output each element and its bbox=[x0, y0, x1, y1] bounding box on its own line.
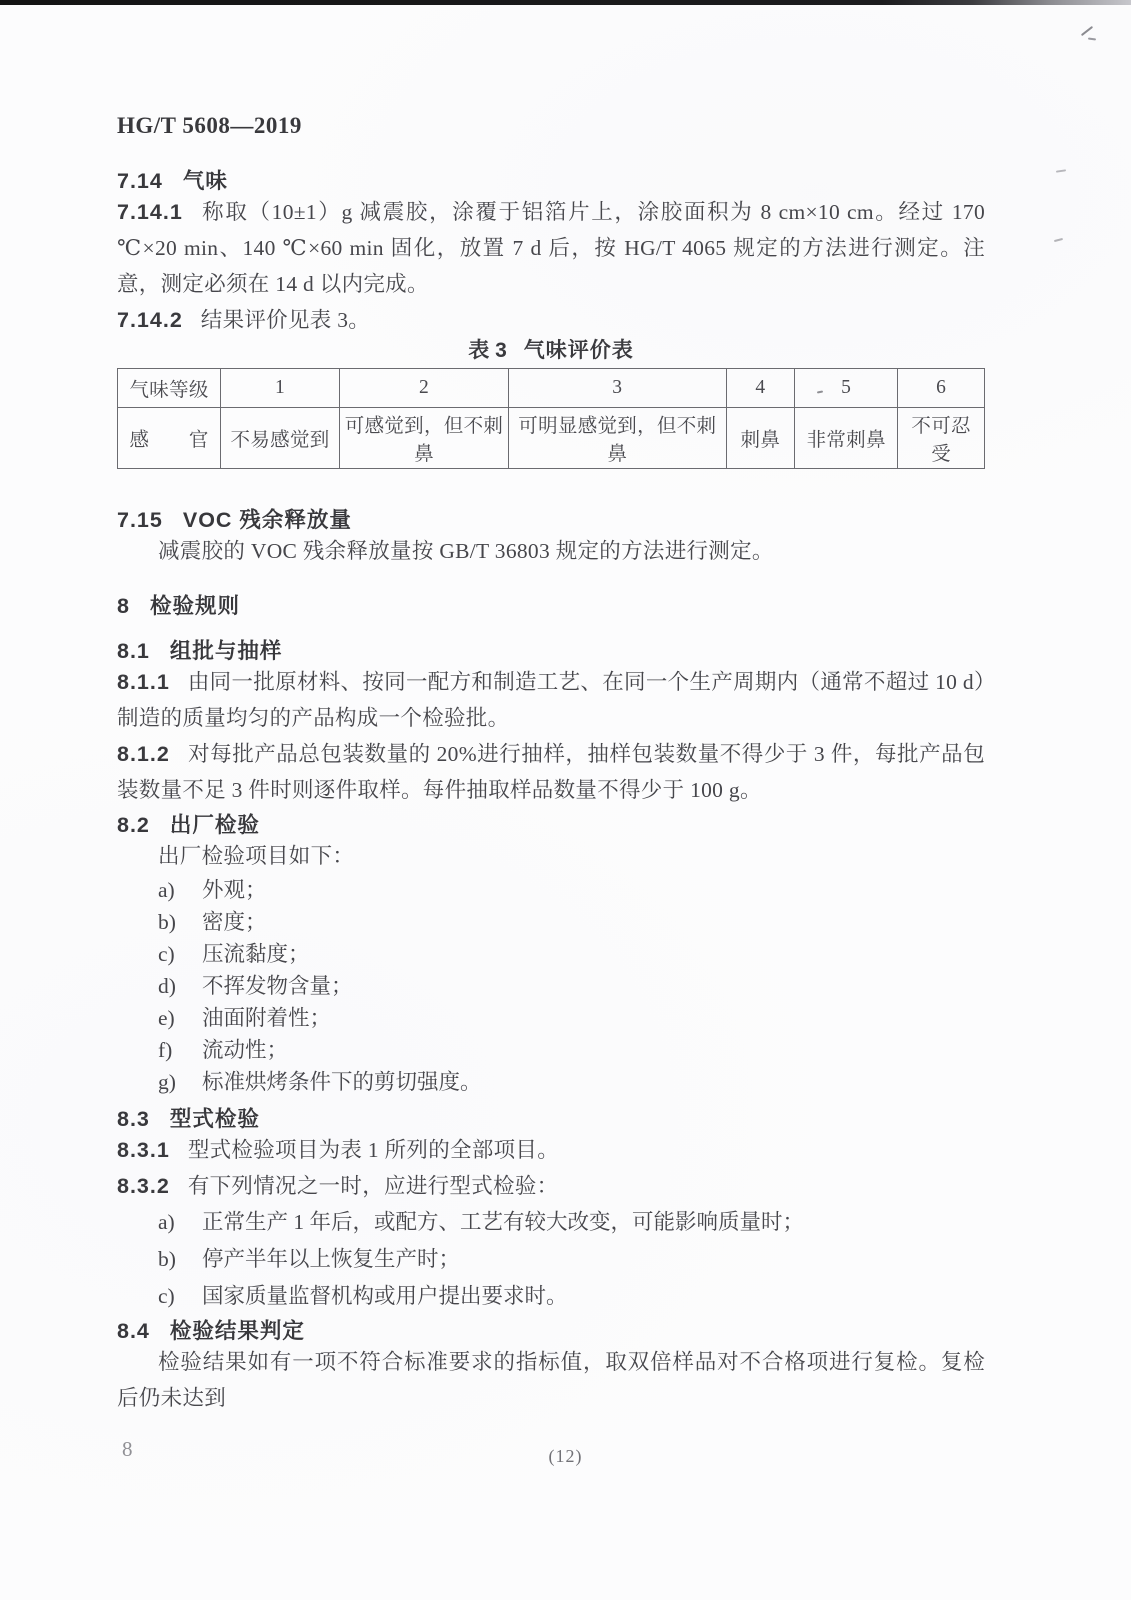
table-cell: 2 bbox=[339, 369, 508, 408]
scan-edge-top bbox=[0, 0, 1131, 5]
scanned-page: HG/T 5608—2019 7.14 气味 7.14.1称取（10±1）g 减… bbox=[0, 0, 1131, 1600]
list-marker: a) bbox=[158, 874, 202, 906]
clause-number: 8.3.2 bbox=[117, 1174, 170, 1198]
paragraph-8-3-1: 8.3.1型式检验项目为表 1 所列的全部项目。 bbox=[117, 1132, 985, 1168]
list-marker: c) bbox=[158, 1278, 202, 1315]
table-3-caption: 表 3 气味评价表 bbox=[117, 338, 985, 364]
clause-number: 8.1.2 bbox=[117, 742, 170, 766]
clause-number: 8.1.1 bbox=[117, 670, 170, 694]
list-marker: g) bbox=[158, 1066, 202, 1098]
clause-text: 型式检验项目为表 1 所列的全部项目。 bbox=[188, 1138, 559, 1162]
list-item: a)正常生产 1 年后，或配方、工艺有较大改变，可能影响质量时； bbox=[158, 1204, 985, 1241]
table-cell: 4 bbox=[726, 369, 794, 408]
table-cell: 不易感觉到 bbox=[221, 408, 340, 469]
list-text: 停产半年以上恢复生产时； bbox=[202, 1247, 460, 1271]
clause-text: 出厂检验项目如下： bbox=[158, 844, 354, 868]
heading-8: 8 检验规则 bbox=[117, 593, 985, 619]
paragraph-8-1-1: 8.1.1由同一批原材料、按同一配方和制造工艺、在同一个生产周期内（通常不超过 … bbox=[117, 664, 985, 736]
heading-title: 型式检验 bbox=[170, 1106, 260, 1132]
list-marker: f) bbox=[158, 1034, 202, 1066]
list-item: b)密度； bbox=[158, 906, 985, 938]
table-cell: 气味等级 bbox=[118, 369, 221, 408]
paragraph-8-4: 检验结果如有一项不符合标准要求的指标值，取双倍样品对不合格项进行复检。复检后仍未… bbox=[117, 1344, 985, 1416]
list-marker: b) bbox=[158, 906, 202, 938]
list-marker: e) bbox=[158, 1002, 202, 1034]
list-item: b)停产半年以上恢复生产时； bbox=[158, 1241, 985, 1278]
clause-text: 对每批产品总包装数量的 20%进行抽样，抽样包装数量不得少于 3 件，每批产品包… bbox=[117, 742, 985, 802]
list-marker: a) bbox=[158, 1204, 202, 1241]
table-row: 感 官 不易感觉到 可感觉到，但不刺鼻 可明显感觉到，但不刺鼻 刺鼻 非常刺鼻 … bbox=[118, 408, 985, 469]
list-item: d)不挥发物含量； bbox=[158, 970, 985, 1002]
heading-number: 8.2 bbox=[117, 812, 150, 838]
list-text: 不挥发物含量； bbox=[202, 974, 353, 998]
standard-number: HG/T 5608—2019 bbox=[117, 113, 985, 139]
clause-text: 称取（10±1）g 减震胶，涂覆于铝箔片上，涂胶面积为 8 cm×10 cm。经… bbox=[117, 200, 985, 296]
clause-number: 7.14.2 bbox=[117, 308, 183, 332]
heading-number: 8 bbox=[117, 593, 130, 619]
list-text: 标准烘烤条件下的剪切强度。 bbox=[202, 1070, 482, 1094]
page-content: HG/T 5608—2019 7.14 气味 7.14.1称取（10±1）g 减… bbox=[0, 0, 1131, 1416]
heading-title: 组批与抽样 bbox=[170, 638, 283, 664]
sheet-number: (12) bbox=[0, 1446, 1131, 1467]
table-row: 气味等级 1 2 3 4 5 6 bbox=[118, 369, 985, 408]
table-cell: 可明显感觉到，但不刺鼻 bbox=[509, 408, 727, 469]
heading-number: 7.15 bbox=[117, 507, 163, 533]
odor-rating-table: 气味等级 1 2 3 4 5 6 感 官 不易感觉到 可感觉到，但不刺鼻 可明显… bbox=[117, 368, 985, 469]
list-text: 国家质量监督机构或用户提出要求时。 bbox=[202, 1284, 568, 1308]
list-text: 油面附着性； bbox=[202, 1006, 331, 1030]
list-marker: c) bbox=[158, 938, 202, 970]
heading-7-14: 7.14 气味 bbox=[117, 168, 985, 194]
clause-number: 7.14.1 bbox=[117, 200, 183, 224]
list-marker: b) bbox=[158, 1241, 202, 1278]
paragraph-8-2-intro: 出厂检验项目如下： bbox=[117, 838, 985, 874]
clause-text: 结果评价见表 3。 bbox=[201, 308, 370, 332]
clause-text: 由同一批原材料、按同一配方和制造工艺、在同一个生产周期内（通常不超过 10 d）… bbox=[117, 670, 985, 730]
heading-8-1: 8.1 组批与抽样 bbox=[117, 638, 985, 664]
table-caption-title: 气味评价表 bbox=[524, 338, 634, 364]
clause-text: 减震胶的 VOC 残余释放量按 GB/T 36803 规定的方法进行测定。 bbox=[158, 539, 774, 563]
heading-title: 检验结果判定 bbox=[170, 1318, 305, 1344]
heading-number: 8.4 bbox=[117, 1318, 150, 1344]
heading-8-2: 8.2 出厂检验 bbox=[117, 812, 985, 838]
paragraph-7-14-1: 7.14.1称取（10±1）g 减震胶，涂覆于铝箔片上，涂胶面积为 8 cm×1… bbox=[117, 194, 985, 302]
clause-text: 有下列情况之一时，应进行型式检验： bbox=[188, 1174, 559, 1198]
list-text: 外观； bbox=[202, 878, 267, 902]
list-item: e)油面附着性； bbox=[158, 1002, 985, 1034]
heading-8-4: 8.4 检验结果判定 bbox=[117, 1318, 985, 1344]
clause-number: 8.3.1 bbox=[117, 1138, 170, 1162]
heading-title: 气味 bbox=[183, 168, 228, 194]
heading-title: 出厂检验 bbox=[170, 812, 260, 838]
paragraph-8-1-2: 8.1.2对每批产品总包装数量的 20%进行抽样，抽样包装数量不得少于 3 件，… bbox=[117, 736, 985, 808]
table-cell: 不可忍受 bbox=[898, 408, 985, 469]
table-cell: 刺鼻 bbox=[726, 408, 794, 469]
heading-8-3: 8.3 型式检验 bbox=[117, 1106, 985, 1132]
heading-7-15: 7.15 VOC 残余释放量 bbox=[117, 507, 985, 533]
paragraph-7-15: 减震胶的 VOC 残余释放量按 GB/T 36803 规定的方法进行测定。 bbox=[117, 533, 985, 569]
list-item: c)压流黏度； bbox=[158, 938, 985, 970]
list-text: 流动性； bbox=[202, 1038, 288, 1062]
list-item: f)流动性； bbox=[158, 1034, 985, 1066]
heading-number: 7.14 bbox=[117, 168, 163, 194]
factory-inspection-list: a)外观； b)密度； c)压流黏度； d)不挥发物含量； e)油面附着性； f… bbox=[117, 874, 985, 1098]
list-text: 压流黏度； bbox=[202, 942, 310, 966]
table-cell: 可感觉到，但不刺鼻 bbox=[339, 408, 508, 469]
table-cell: 5 bbox=[795, 369, 898, 408]
list-item: c)国家质量监督机构或用户提出要求时。 bbox=[158, 1278, 985, 1315]
type-inspection-conditions-list: a)正常生产 1 年后，或配方、工艺有较大改变，可能影响质量时； b)停产半年以… bbox=[117, 1204, 985, 1315]
heading-title: VOC 残余释放量 bbox=[183, 507, 352, 533]
table-cell: 6 bbox=[898, 369, 985, 408]
list-item: g)标准烘烤条件下的剪切强度。 bbox=[158, 1066, 985, 1098]
clause-text: 检验结果如有一项不符合标准要求的指标值，取双倍样品对不合格项进行复检。复检后仍未… bbox=[117, 1350, 985, 1410]
heading-number: 8.3 bbox=[117, 1106, 150, 1132]
heading-title: 检验规则 bbox=[150, 593, 240, 619]
list-marker: d) bbox=[158, 970, 202, 1002]
list-text: 密度； bbox=[202, 910, 267, 934]
list-item: a)外观； bbox=[158, 874, 985, 906]
table-cell: 非常刺鼻 bbox=[795, 408, 898, 469]
heading-number: 8.1 bbox=[117, 638, 150, 664]
table-cell: 1 bbox=[221, 369, 340, 408]
table-cell: 3 bbox=[509, 369, 727, 408]
paragraph-8-3-2: 8.3.2有下列情况之一时，应进行型式检验： bbox=[117, 1168, 985, 1204]
table-cell: 感 官 bbox=[118, 408, 221, 469]
list-text: 正常生产 1 年后，或配方、工艺有较大改变，可能影响质量时； bbox=[202, 1210, 804, 1234]
paragraph-7-14-2: 7.14.2结果评价见表 3。 bbox=[117, 302, 985, 338]
table-caption-number: 表 3 bbox=[468, 338, 507, 364]
